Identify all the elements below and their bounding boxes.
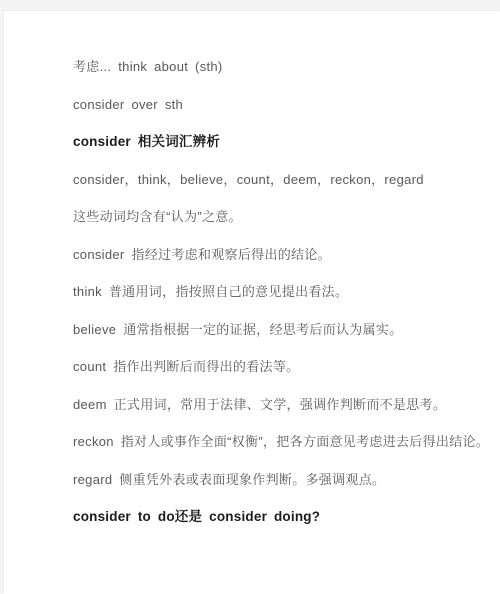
article-body: 考虑... think about (sth) consider over st… <box>4 11 500 526</box>
line-think-definition: think 普通用词，指按照自己的意见提出看法。 <box>73 283 480 301</box>
line-believe-definition: believe 通常指根据一定的证据，经思考后而认为属实。 <box>73 321 480 339</box>
line-synonym-list: consider，think，believe，count，deem，reckon… <box>73 171 480 189</box>
line-consider-definition: consider 指经过考虑和观察后得出的结论。 <box>73 246 480 264</box>
line-consider-over-sth: consider over sth <box>73 96 480 114</box>
line-regard-definition: regard 侧重凭外表或表面现象作判断。多强调观点。 <box>73 471 480 489</box>
line-count-definition: count 指作出判断后而得出的看法等。 <box>73 358 480 376</box>
line-meaning-note: 这些动词均含有“认为”之意。 <box>73 208 480 226</box>
line-deem-definition: deem 正式用词，常用于法律、文学，强调作判断而不是思考。 <box>73 396 480 414</box>
heading-consider-to-do-vs-doing: consider to do还是 consider doing? <box>73 508 480 526</box>
line-reckon-definition: reckon 指对人或事作全面“权衡”，把各方面意见考虑进去后得出结论。 <box>73 433 480 451</box>
heading-related-words: consider 相关词汇辨析 <box>73 133 480 151</box>
document-page: 考虑... think about (sth) consider over st… <box>4 11 500 594</box>
line-think-about: 考虑... think about (sth) <box>73 58 480 76</box>
